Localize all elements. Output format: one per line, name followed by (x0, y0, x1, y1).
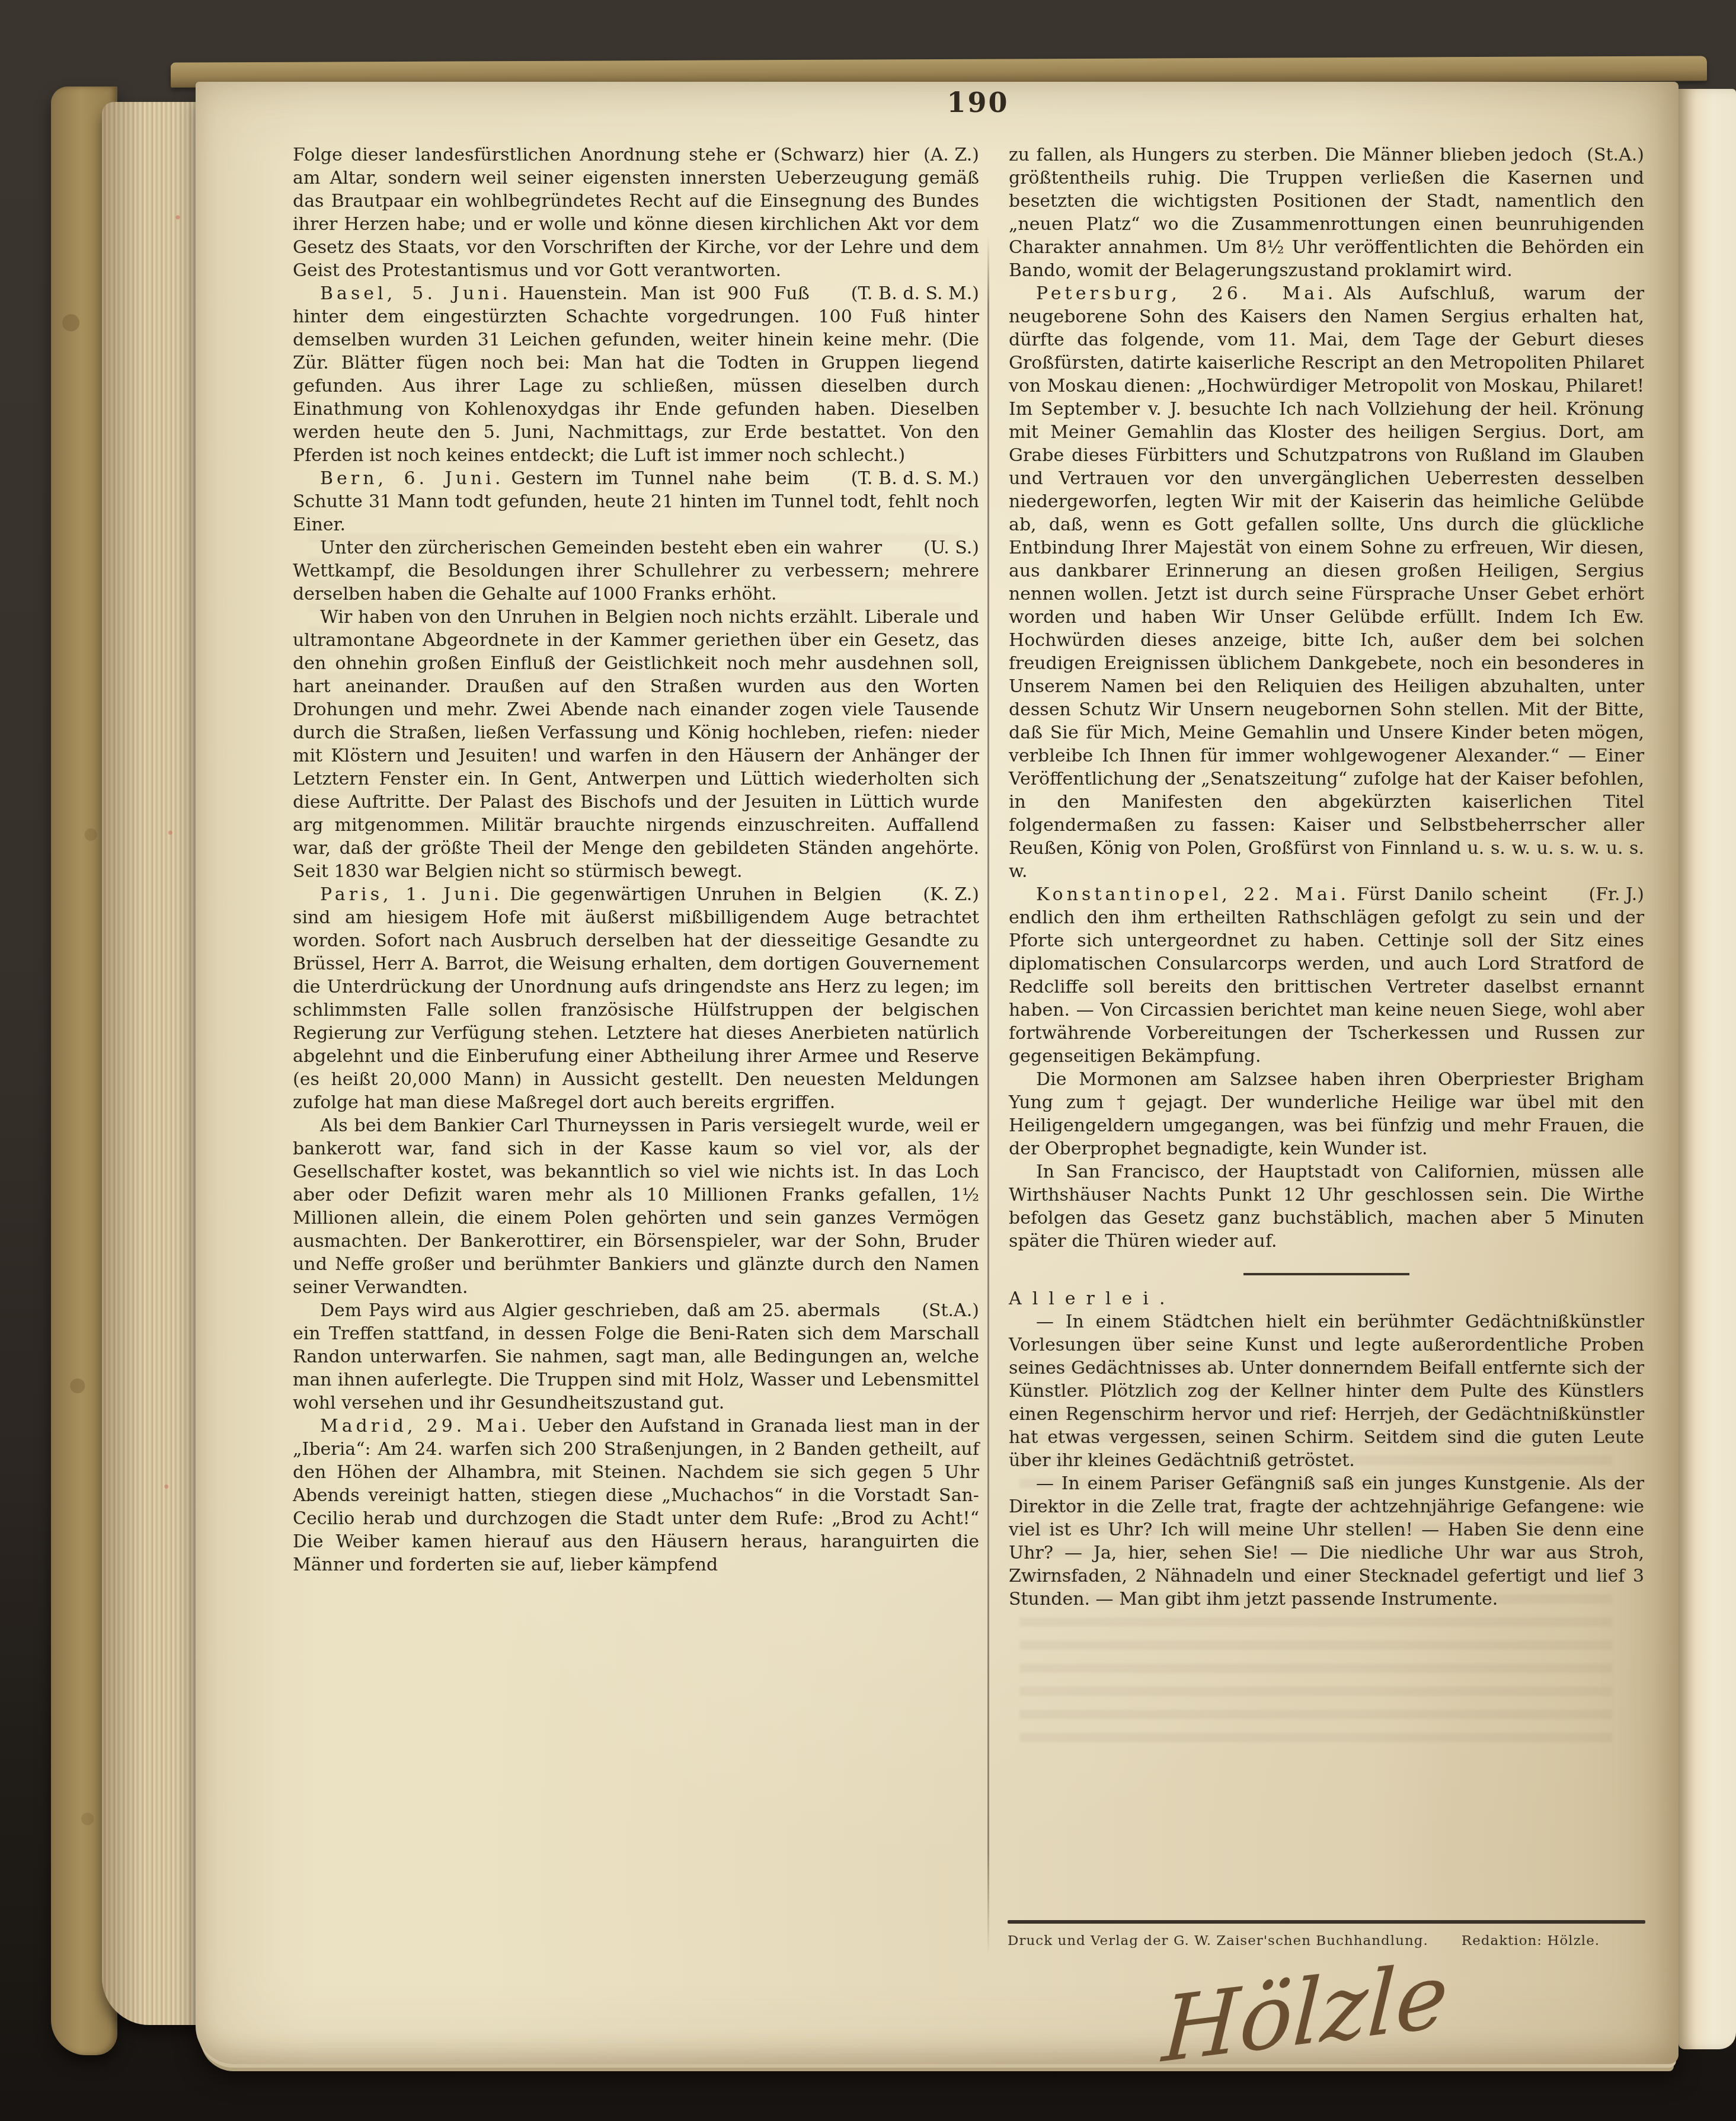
news-paragraph: — In einem Pariser Gefängniß saß ein jun… (1009, 1472, 1644, 1611)
news-paragraph: (A. Z.)Folge dieser landesfürstlichen An… (293, 143, 979, 282)
news-paragraph: Wir haben von den Unruhen in Belgien noc… (293, 606, 979, 883)
source-ref: (St.A.) (880, 1299, 979, 1322)
paragraph-text: — In einem Pariser Gefängniß saß ein jun… (1009, 1473, 1644, 1610)
paragraph-text: Fürst Danilo scheint endlich den ihm ert… (1009, 884, 1644, 1067)
news-paragraph: In San Francisco, der Hauptstadt von Cal… (1009, 1160, 1644, 1253)
column-divider-rule (987, 237, 989, 1956)
news-paragraph: (St.A.)zu fallen, als Hungers zu sterben… (1009, 143, 1644, 282)
dateline: Konstantinopel, 22. Mai. (1036, 884, 1357, 905)
news-paragraph: Madrid, 29. Mai.Ueber den Aufstand in Gr… (293, 1415, 979, 1576)
page-number: 190 (871, 87, 1085, 119)
dateline: Petersburg, 26. Mai. (1036, 283, 1344, 304)
dateline: Bern, 6. Juni. (320, 468, 511, 489)
right-column: (St.A.)zu fallen, als Hungers zu sterben… (1009, 143, 1644, 1611)
paragraph-text: Die gegenwärtigen Unruhen in Belgien sin… (293, 884, 979, 1113)
footer-rule (1008, 1920, 1645, 1924)
paragraph-text: — In einem Städtchen hielt ein berühmter… (1009, 1311, 1644, 1471)
news-paragraph: Petersburg, 26. Mai.Als Aufschluß, warum… (1009, 282, 1644, 883)
left-column: (A. Z.)Folge dieser landesfürstlichen An… (293, 143, 979, 1576)
paragraph-text: Als Aufschluß, warum der neugeborene Soh… (1009, 283, 1644, 882)
source-ref: (Fr. J.) (1547, 883, 1644, 906)
paragraph-text: Als bei dem Bankier Carl Thurneyssen in … (293, 1115, 979, 1298)
news-paragraph: (T. B. d. S. M.)Basel, 5. Juni.Hauenstei… (293, 282, 979, 467)
news-paragraph: (K. Z.)Paris, 1. Juni.Die gegenwärtigen … (293, 883, 979, 1114)
dateline: Basel, 5. Juni. (320, 283, 519, 304)
source-ref: (T. B. d. S. M.) (810, 467, 979, 490)
dateline: Madrid, 29. Mai. (320, 1416, 537, 1437)
section-separator-rule (1243, 1273, 1409, 1275)
news-paragraph: (U. S.)Unter den zürcherischen Gemeinden… (293, 536, 979, 606)
next-page-edge (1679, 89, 1736, 2049)
news-paragraph: Die Mormonen am Salzsee haben ihren Ober… (1009, 1068, 1644, 1160)
news-paragraph: Als bei dem Bankier Carl Thurneyssen in … (293, 1114, 979, 1299)
paragraph-text: Die Mormonen am Salzsee haben ihren Ober… (1009, 1069, 1644, 1159)
source-ref: (A. Z.) (909, 143, 979, 167)
paragraph-text: Folge dieser landesfürstlichen Anordnung… (293, 145, 979, 281)
source-ref: (St.A.) (1572, 143, 1644, 167)
source-ref: (U. S.) (882, 536, 979, 559)
redaktion-text: Redaktion: Hölzle. (1462, 1933, 1600, 1949)
paragraph-text: zu fallen, als Hungers zu sterben. Die M… (1009, 145, 1644, 281)
news-paragraph: (T. B. d. S. M.)Bern, 6. Juni.Gestern im… (293, 467, 979, 536)
imprint-block: Druck und Verlag der G. W. Zaiser'schen … (1008, 1920, 1645, 1949)
paragraph-text: In San Francisco, der Hauptstadt von Cal… (1009, 1162, 1644, 1252)
paragraph-text: Unter den zürcherischen Gemeinden besteh… (293, 538, 979, 604)
paragraph-text: Dem Pays wird aus Algier geschrieben, da… (293, 1300, 979, 1413)
paragraph-text: Wir haben von den Unruhen in Belgien noc… (293, 607, 979, 882)
news-paragraph: — In einem Städtchen hielt ein berühmter… (1009, 1310, 1644, 1472)
source-ref: (T. B. d. S. M.) (810, 282, 979, 305)
paragraph-text: Hauenstein. Man ist 900 Fuß hinter dem e… (293, 283, 979, 466)
news-paragraph: (St.A.)Dem Pays wird aus Algier geschrie… (293, 1299, 979, 1415)
imprint-text: Druck und Verlag der G. W. Zaiser'schen … (1008, 1933, 1428, 1949)
paragraph-text: Ueber den Aufstand in Granada liest man … (293, 1416, 979, 1575)
source-ref: (K. Z.) (881, 883, 979, 906)
news-paragraph: (Fr. J.)Konstantinopel, 22. Mai.Fürst Da… (1009, 883, 1644, 1068)
dateline: Paris, 1. Juni. (320, 884, 510, 905)
section-heading-allerlei: Allerlei. (1009, 1287, 1644, 1310)
